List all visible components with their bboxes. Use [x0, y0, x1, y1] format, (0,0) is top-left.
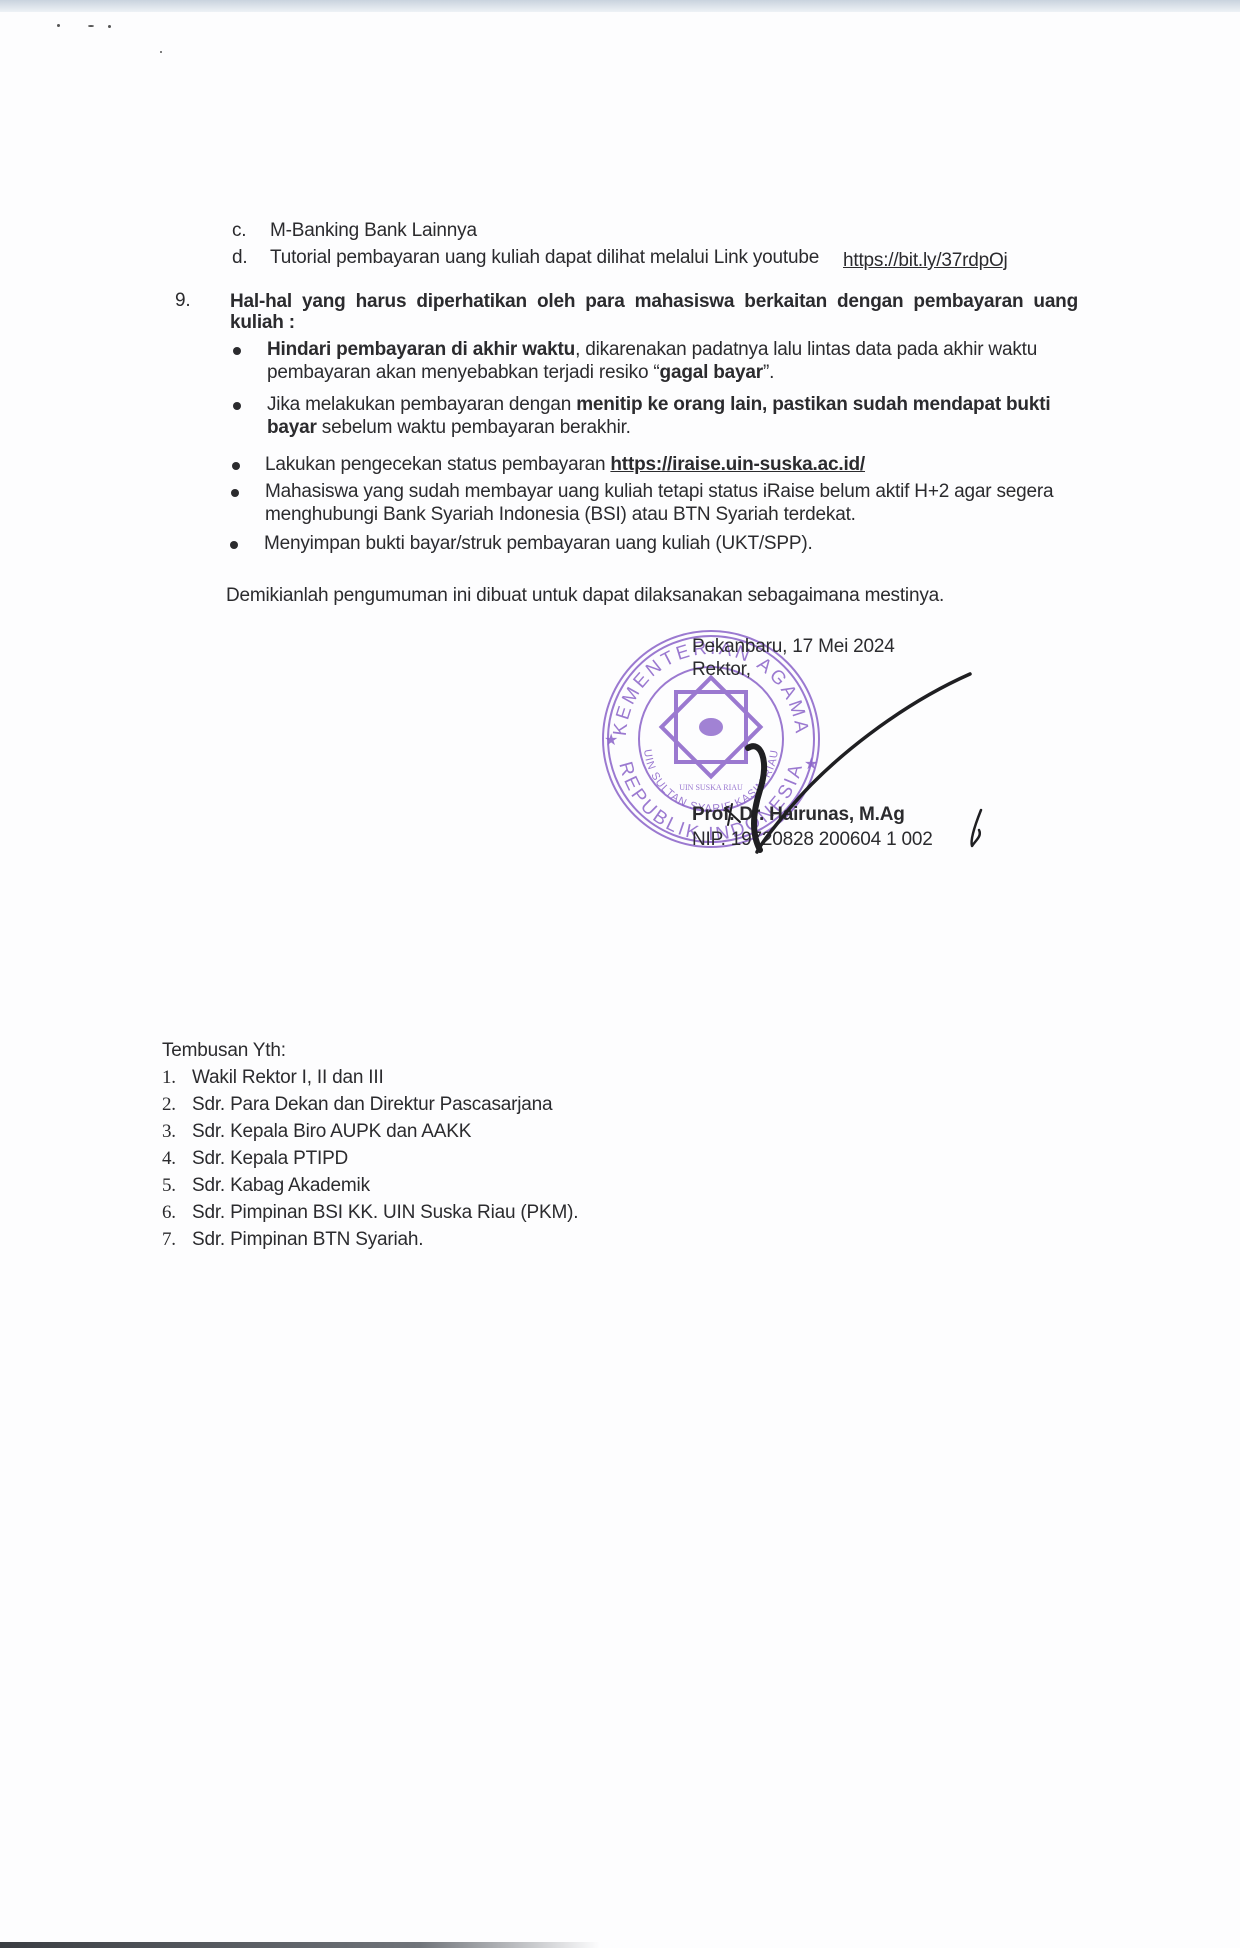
svg-text:UIN SUSKA RIAU: UIN SUSKA RIAU — [679, 783, 743, 792]
tembusan-item: Sdr. Kabag Akademik — [192, 1175, 370, 1197]
list-marker-d: d. — [232, 247, 247, 269]
bullet-icon — [231, 489, 239, 497]
bullet-icon — [230, 541, 238, 549]
bullet-icon — [232, 462, 240, 470]
scan-edge-bottom — [0, 1942, 600, 1948]
bullet-5-line1: Menyimpan bukti bayar/struk pembayaran u… — [264, 533, 813, 555]
bullet-1-line1: Hindari pembayaran di akhir waktu, dikar… — [267, 339, 1037, 361]
tembusan-num: 3. — [162, 1121, 176, 1143]
list-item-d-text: Tutorial pembayaran uang kuliah dapat di… — [270, 247, 819, 269]
bullet-icon — [233, 402, 241, 410]
svg-text:★: ★ — [604, 732, 618, 749]
list-marker-c: c. — [232, 220, 246, 242]
bullet-4-line2: menghubungi Bank Syariah Indonesia (BSI)… — [265, 504, 856, 526]
tembusan-num: 6. — [162, 1202, 176, 1224]
signatory-name: Prof. Dr. Hairunas, M.Ag — [692, 804, 905, 826]
bullet-3-line1: Lakukan pengecekan status pembayaran htt… — [265, 454, 865, 476]
svg-text:★: ★ — [804, 756, 818, 773]
bullet-2-line2: bayar sebelum waktu pembayaran berakhir. — [267, 417, 631, 439]
tembusan-num: 7. — [162, 1229, 176, 1251]
signature-place-date: Pekanbaru, 17 Mei 2024 — [692, 636, 895, 658]
tembusan-item: Sdr. Para Dekan dan Direktur Pascasarjan… — [192, 1094, 552, 1116]
bullet-icon — [233, 347, 241, 355]
tembusan-item: Wakil Rektor I, II dan III — [192, 1067, 384, 1089]
youtube-tutorial-link[interactable]: https://bit.ly/37rdpOj — [843, 250, 1008, 272]
bullet-4-line1: Mahasiswa yang sudah membayar uang kulia… — [265, 481, 1053, 503]
iraise-status-link[interactable]: https://iraise.uin-suska.ac.id/ — [610, 454, 865, 475]
bullet-1-line2: pembayaran akan menyebabkan terjadi resi… — [267, 362, 774, 384]
closing-sentence: Demikianlah pengumuman ini dibuat untuk … — [226, 585, 944, 607]
tembusan-num: 2. — [162, 1094, 176, 1116]
signature-title: Rektor, — [692, 659, 751, 681]
tembusan-num: 5. — [162, 1175, 176, 1197]
signatory-nip: NIP. 19720828 200604 1 002 — [692, 829, 933, 851]
section-number: 9. — [175, 290, 190, 312]
tembusan-num: 4. — [162, 1148, 176, 1170]
list-item-c-text: M-Banking Bank Lainnya — [270, 220, 477, 242]
bullet-2-line1: Jika melakukan pembayaran dengan menitip… — [267, 394, 1050, 416]
tembusan-heading: Tembusan Yth: — [162, 1040, 286, 1062]
tembusan-item: Sdr. Kepala Biro AUPK dan AAKK — [192, 1121, 471, 1143]
section-heading-line2: kuliah : — [230, 312, 295, 334]
tembusan-item: Sdr. Pimpinan BSI KK. UIN Suska Riau (PK… — [192, 1202, 578, 1224]
section-heading-line1: Hal-hal yang harus diperhatikan oleh par… — [230, 291, 1078, 313]
tembusan-item: Sdr. Pimpinan BTN Syariah. — [192, 1229, 423, 1251]
tembusan-num: 1. — [162, 1067, 176, 1089]
scan-edge-top — [0, 0, 1240, 12]
tembusan-item: Sdr. Kepala PTIPD — [192, 1148, 348, 1170]
